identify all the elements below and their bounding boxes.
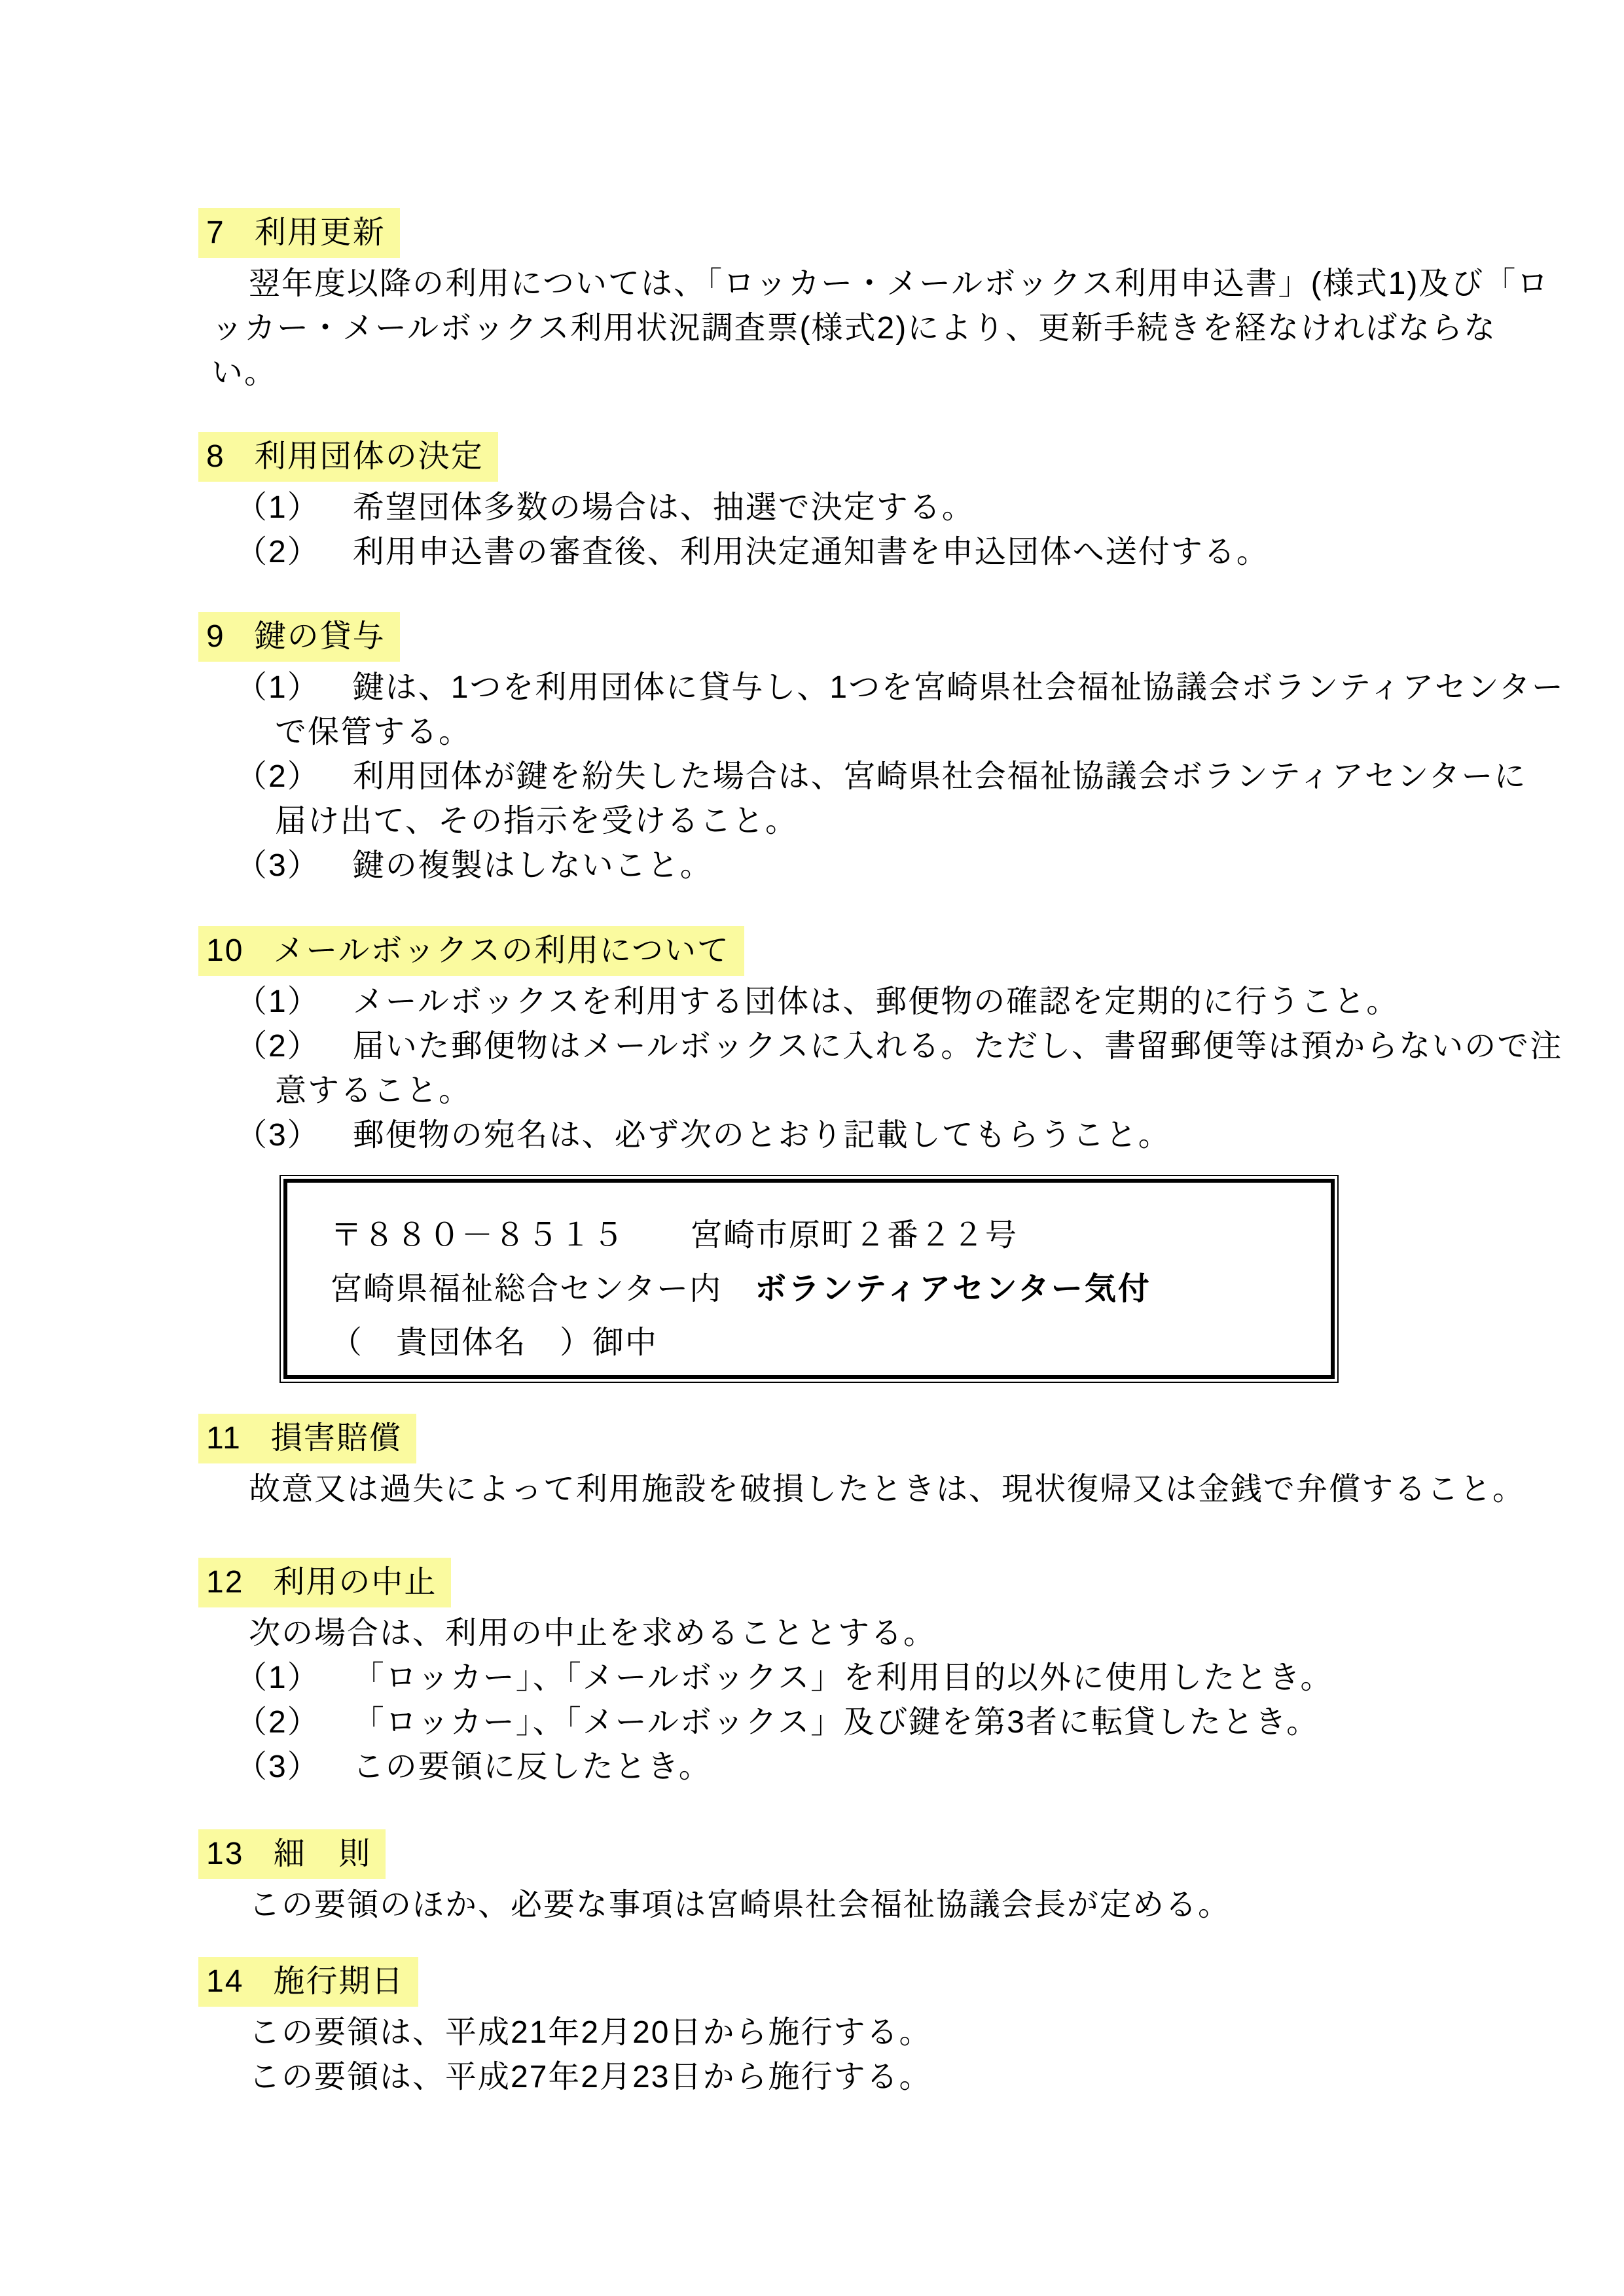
section-9-body: （1）鍵は、1つを利用団体に貸与し、1つを宮崎県社会福祉協議会ボランティアセンタ… (211, 666, 1494, 888)
section-14-body: この要領は、平成21年2月20日から施行する。 この要領は、平成27年2月23日… (211, 2011, 1494, 2100)
section-number: 7 (206, 217, 225, 249)
address-recipient-line: （ 貴団体名 ）御中 (331, 1316, 1318, 1378)
list-marker: （3） (236, 1745, 320, 1789)
list-continuation: 届け出て、その指示を受けること。 (211, 799, 1494, 844)
body-line: この要領は、平成21年2月20日から施行する。 (211, 2011, 1494, 2055)
section-12-heading: 12利用の中止 (198, 1558, 451, 1607)
address-box: 〒８８０－８５１５ 宮崎市原町２番２２号 宮崎県福祉総合センター内 ボランティア… (280, 1175, 1339, 1383)
list-text: 「ロッカー」、「メールボックス」を利用目的以外に使用したとき。 (353, 1660, 1333, 1695)
body-line: この要領のほか、必要な事項は宮崎県社会福祉協議会長が定める。 (211, 1883, 1494, 1928)
document-page: 7利用更新 翌年度以降の利用については、「ロッカー・メールボックス利用申込書」(… (0, 0, 1624, 2296)
body-line: 翌年度以降の利用については、「ロッカー・メールボックス利用申込書」(様式1)及び… (211, 262, 1494, 306)
section-title: 施行期日 (273, 1964, 404, 1999)
list-item: （1）メールボックスを利用する団体は、郵便物の確認を定期的に行うこと。 (211, 980, 1494, 1024)
list-marker: （2） (236, 530, 320, 575)
address-center-line: 宮崎県福祉総合センター内 ボランティアセンター気付 (331, 1263, 1318, 1316)
section-13-heading: 13細 則 (198, 1829, 386, 1879)
list-text: この要領に反したとき。 (353, 1749, 712, 1784)
list-marker: （3） (236, 1113, 320, 1158)
body-line: 次の場合は、利用の中止を求めることとする。 (211, 1611, 1494, 1656)
list-item: （1）希望団体多数の場合は、抽選で決定する。 (211, 486, 1494, 530)
section-7-body: 翌年度以降の利用については、「ロッカー・メールボックス利用申込書」(様式1)及び… (211, 262, 1494, 395)
body-line: ッカー・メールボックス利用状況調査票(様式2)により、更新手続きを経なければなら… (211, 306, 1494, 351)
section-number: 8 (206, 441, 225, 473)
list-text: 利用団体が鍵を紛失した場合は、宮崎県社会福祉協議会ボランティアセンターに (353, 759, 1527, 794)
section-number: 14 (206, 1966, 244, 1998)
list-text: 郵便物の宛名は、必ず次のとおり記載してもらうこと。 (353, 1118, 1171, 1153)
section-number: 10 (206, 935, 244, 967)
list-marker: （2） (236, 1700, 320, 1745)
list-marker: （2） (236, 1024, 320, 1069)
list-text: メールボックスを利用する団体は、郵便物の確認を定期的に行うこと。 (353, 984, 1399, 1019)
list-item: （2）「ロッカー」、「メールボックス」及び鍵を第3者に転貸したとき。 (211, 1700, 1494, 1745)
list-continuation: 意すること。 (211, 1069, 1494, 1113)
list-text: 届いた郵便物はメールボックスに入れる。ただし、書留郵便等は預からないので注 (353, 1029, 1563, 1064)
address-box-inner-border: 〒８８０－８５１５ 宮崎市原町２番２２号 宮崎県福祉総合センター内 ボランティア… (283, 1179, 1335, 1379)
section-title: 鍵の貸与 (255, 619, 386, 654)
section-8-body: （1）希望団体多数の場合は、抽選で決定する。 （2）利用申込書の審査後、利用決定… (211, 486, 1494, 575)
list-marker: （3） (236, 844, 320, 888)
list-marker: （1） (236, 486, 320, 530)
section-11-heading: 11損害賠償 (198, 1414, 416, 1463)
section-title: 利用団体の決定 (255, 439, 484, 474)
section-title: 利用更新 (255, 215, 386, 250)
address-recipient-underlined: （ 貴団体名 ）御中 (328, 1316, 667, 1378)
list-item: （1）鍵は、1つを利用団体に貸与し、1つを宮崎県社会福祉協議会ボランティアセンタ… (211, 666, 1494, 710)
section-7-heading: 7利用更新 (198, 208, 400, 258)
list-item: （2）利用申込書の審査後、利用決定通知書を申込団体へ送付する。 (211, 530, 1494, 575)
list-text: 鍵の複製はしないこと。 (353, 848, 713, 883)
section-11-body: 故意又は過失によって利用施設を破損したときは、現状復帰又は金銭で弁償すること。 (211, 1467, 1494, 1512)
section-number: 11 (206, 1423, 242, 1454)
section-10-body: （1）メールボックスを利用する団体は、郵便物の確認を定期的に行うこと。 （2）届… (211, 980, 1494, 1158)
section-10-heading: 10メールボックスの利用について (198, 926, 744, 976)
list-text: 希望団体多数の場合は、抽選で決定する。 (353, 490, 975, 525)
section-8-heading: 8利用団体の決定 (198, 432, 498, 482)
address-care-of-bold: ボランティアセンター気付 (755, 1272, 1151, 1306)
address-postal-line: 〒８８０－８５１５ 宮崎市原町２番２２号 (331, 1209, 1318, 1263)
list-marker: （1） (236, 666, 320, 710)
body-line: 故意又は過失によって利用施設を破損したときは、現状復帰又は金銭で弁償すること。 (211, 1467, 1494, 1512)
section-12-body: 次の場合は、利用の中止を求めることとする。 （1）「ロッカー」、「メールボックス… (211, 1611, 1494, 1789)
body-line: この要領は、平成27年2月23日から施行する。 (211, 2055, 1494, 2100)
list-item: （3）郵便物の宛名は、必ず次のとおり記載してもらうこと。 (211, 1113, 1494, 1158)
section-title: 細 則 (273, 1837, 371, 1871)
list-marker: （1） (236, 1656, 320, 1700)
address-center-text: 宮崎県福祉総合センター内 (331, 1272, 755, 1306)
section-13-body: この要領のほか、必要な事項は宮崎県社会福祉協議会長が定める。 (211, 1883, 1494, 1928)
section-14-heading: 14施行期日 (198, 1957, 418, 2007)
list-item: （2）届いた郵便物はメールボックスに入れる。ただし、書留郵便等は預からないので注 (211, 1024, 1494, 1069)
section-title: 利用の中止 (273, 1565, 437, 1600)
list-marker: （2） (236, 755, 320, 799)
list-marker: （1） (236, 980, 320, 1024)
list-item: （3）鍵の複製はしないこと。 (211, 844, 1494, 888)
list-item: （3）この要領に反したとき。 (211, 1745, 1494, 1789)
list-item: （1）「ロッカー」、「メールボックス」を利用目的以外に使用したとき。 (211, 1656, 1494, 1700)
section-number: 9 (206, 621, 225, 653)
section-number: 12 (206, 1567, 244, 1598)
section-title: メールボックスの利用について (273, 933, 730, 968)
section-title: 損害賠償 (271, 1421, 402, 1456)
list-text: 鍵は、1つを利用団体に貸与し、1つを宮崎県社会福祉協議会ボランティアセンター (353, 670, 1564, 705)
body-line: い。 (211, 351, 1494, 395)
section-9-heading: 9鍵の貸与 (198, 612, 400, 662)
list-item: （2）利用団体が鍵を紛失した場合は、宮崎県社会福祉協議会ボランティアセンターに (211, 755, 1494, 799)
section-number: 13 (206, 1839, 244, 1870)
list-continuation: で保管する。 (211, 710, 1494, 755)
list-text: 「ロッカー」、「メールボックス」及び鍵を第3者に転貸したとき。 (353, 1705, 1319, 1740)
list-text: 利用申込書の審査後、利用決定通知書を申込団体へ送付する。 (353, 535, 1269, 569)
